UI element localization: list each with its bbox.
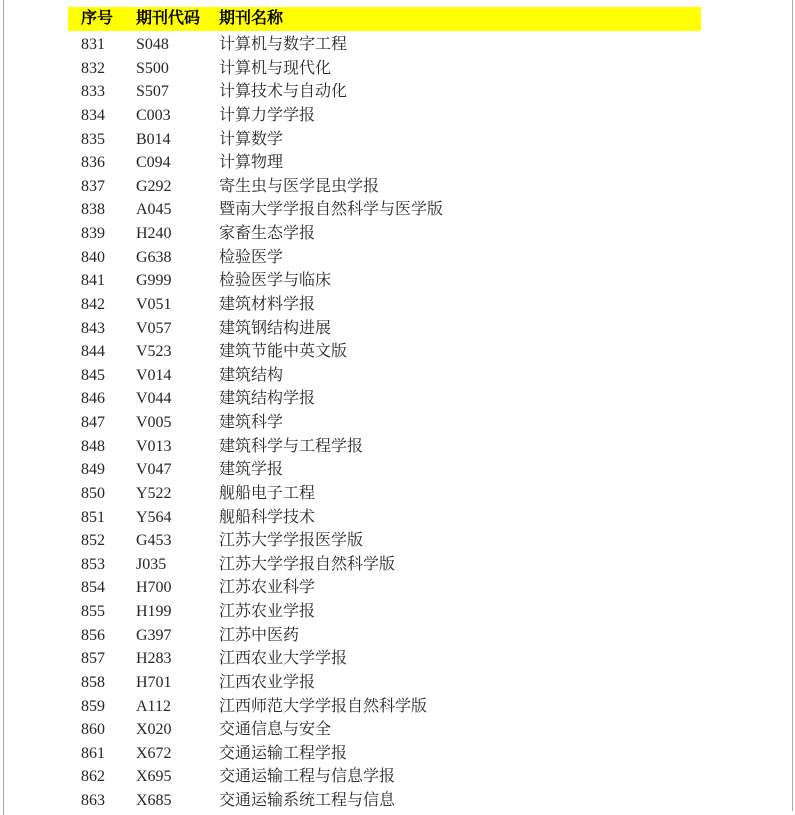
cell-journal-code: G638 <box>136 246 219 270</box>
cell-seq: 841 <box>68 269 136 293</box>
cell-seq: 839 <box>68 222 136 246</box>
cell-journal-code: H199 <box>136 600 219 624</box>
table-row: 832 S500 计算机与现代化 <box>68 57 701 81</box>
cell-journal-name: 交通信息与安全 <box>219 718 701 742</box>
cell-journal-code: A045 <box>136 198 219 222</box>
cell-journal-name: 江苏农业科学 <box>219 576 701 600</box>
cell-journal-name: 江苏农业学报 <box>219 600 701 624</box>
cell-journal-name: 建筑结构学报 <box>219 387 701 411</box>
journal-table: 序号 期刊代码 期刊名称 831 S048 计算机与数字工程 832 S500 … <box>68 7 701 813</box>
cell-journal-code: A112 <box>136 695 219 719</box>
cell-journal-name: 交通运输工程学报 <box>219 742 701 766</box>
cell-journal-code: Y564 <box>136 506 219 530</box>
table-row: 854 H700 江苏农业科学 <box>68 576 701 600</box>
cell-journal-name: 舰船电子工程 <box>219 482 701 506</box>
cell-journal-code: J035 <box>136 553 219 577</box>
cell-journal-code: C094 <box>136 151 219 175</box>
cell-journal-name: 交通运输工程与信息学报 <box>219 765 701 789</box>
table-row: 858 H701 江西农业学报 <box>68 671 701 695</box>
cell-journal-name: 计算机与数字工程 <box>219 33 701 57</box>
cell-seq: 857 <box>68 647 136 671</box>
table-row: 834 C003 计算力学学报 <box>68 104 701 128</box>
table-row: 839 H240 家畜生态学报 <box>68 222 701 246</box>
cell-journal-name: 江西师范大学学报自然科学版 <box>219 695 701 719</box>
cell-journal-name: 交通运输系统工程与信息 <box>219 789 701 813</box>
table-row: 844 V523 建筑节能中英文版 <box>68 340 701 364</box>
cell-journal-code: S048 <box>136 33 219 57</box>
cell-seq: 842 <box>68 293 136 317</box>
table-row: 847 V005 建筑科学 <box>68 411 701 435</box>
table-row: 846 V044 建筑结构学报 <box>68 387 701 411</box>
cell-journal-code: C003 <box>136 104 219 128</box>
cell-journal-code: Y522 <box>136 482 219 506</box>
cell-journal-code: G397 <box>136 624 219 648</box>
cell-seq: 843 <box>68 317 136 341</box>
cell-seq: 846 <box>68 387 136 411</box>
cell-seq: 850 <box>68 482 136 506</box>
cell-seq: 845 <box>68 364 136 388</box>
table-row: 838 A045 暨南大学学报自然科学与医学版 <box>68 198 701 222</box>
cell-journal-name: 检验医学与临床 <box>219 269 701 293</box>
header-cell-name: 期刊名称 <box>219 7 701 31</box>
cell-seq: 844 <box>68 340 136 364</box>
cell-journal-name: 江西农业学报 <box>219 671 701 695</box>
cell-journal-code: V005 <box>136 411 219 435</box>
cell-journal-name: 江苏大学学报自然科学版 <box>219 553 701 577</box>
cell-seq: 836 <box>68 151 136 175</box>
cell-journal-name: 家畜生态学报 <box>219 222 701 246</box>
page-right-edge-line <box>792 0 793 811</box>
cell-journal-name: 建筑节能中英文版 <box>219 340 701 364</box>
cell-seq: 832 <box>68 57 136 81</box>
cell-journal-name: 江西农业大学学报 <box>219 647 701 671</box>
cell-journal-code: X685 <box>136 789 219 813</box>
cell-journal-code: X672 <box>136 742 219 766</box>
table-row: 859 A112 江西师范大学学报自然科学版 <box>68 695 701 719</box>
table-row: 843 V057 建筑钢结构进展 <box>68 317 701 341</box>
cell-journal-code: H240 <box>136 222 219 246</box>
table-row: 837 G292 寄生虫与医学昆虫学报 <box>68 175 701 199</box>
cell-seq: 851 <box>68 506 136 530</box>
cell-journal-name: 暨南大学学报自然科学与医学版 <box>219 198 701 222</box>
cell-journal-name: 建筑学报 <box>219 458 701 482</box>
table-row: 860 X020 交通信息与安全 <box>68 718 701 742</box>
cell-journal-code: S507 <box>136 80 219 104</box>
cell-seq: 862 <box>68 765 136 789</box>
page-left-edge-line <box>3 0 4 815</box>
cell-seq: 838 <box>68 198 136 222</box>
table-row: 855 H199 江苏农业学报 <box>68 600 701 624</box>
cell-seq: 853 <box>68 553 136 577</box>
cell-journal-name: 计算物理 <box>219 151 701 175</box>
cell-seq: 835 <box>68 128 136 152</box>
cell-seq: 833 <box>68 80 136 104</box>
table-row: 841 G999 检验医学与临床 <box>68 269 701 293</box>
cell-seq: 840 <box>68 246 136 270</box>
table-row: 861 X672 交通运输工程学报 <box>68 742 701 766</box>
cell-journal-name: 江苏大学学报医学版 <box>219 529 701 553</box>
cell-journal-code: H701 <box>136 671 219 695</box>
table-row: 863 X685 交通运输系统工程与信息 <box>68 789 701 813</box>
cell-journal-code: V014 <box>136 364 219 388</box>
cell-journal-name: 检验医学 <box>219 246 701 270</box>
cell-journal-name: 建筑钢结构进展 <box>219 317 701 341</box>
header-cell-seq: 序号 <box>68 7 136 31</box>
table-row: 835 B014 计算数学 <box>68 128 701 152</box>
table-row: 856 G397 江苏中医药 <box>68 624 701 648</box>
cell-seq: 831 <box>68 33 136 57</box>
cell-journal-code: H283 <box>136 647 219 671</box>
cell-journal-name: 建筑结构 <box>219 364 701 388</box>
cell-journal-name: 建筑科学 <box>219 411 701 435</box>
cell-seq: 834 <box>68 104 136 128</box>
cell-seq: 859 <box>68 695 136 719</box>
cell-journal-name: 计算技术与自动化 <box>219 80 701 104</box>
cell-journal-code: X020 <box>136 718 219 742</box>
cell-seq: 849 <box>68 458 136 482</box>
cell-seq: 854 <box>68 576 136 600</box>
cell-journal-code: V523 <box>136 340 219 364</box>
cell-journal-code: G292 <box>136 175 219 199</box>
table-row: 852 G453 江苏大学学报医学版 <box>68 529 701 553</box>
table-row: 850 Y522 舰船电子工程 <box>68 482 701 506</box>
table-header-row: 序号 期刊代码 期刊名称 <box>68 7 701 31</box>
cell-journal-name: 计算力学学报 <box>219 104 701 128</box>
cell-journal-name: 江苏中医药 <box>219 624 701 648</box>
table-row: 845 V014 建筑结构 <box>68 364 701 388</box>
table-row: 840 G638 检验医学 <box>68 246 701 270</box>
cell-journal-code: V057 <box>136 317 219 341</box>
cell-journal-name: 计算机与现代化 <box>219 57 701 81</box>
table-row: 836 C094 计算物理 <box>68 151 701 175</box>
cell-seq: 861 <box>68 742 136 766</box>
cell-journal-code: H700 <box>136 576 219 600</box>
table-row: 862 X695 交通运输工程与信息学报 <box>68 765 701 789</box>
cell-seq: 863 <box>68 789 136 813</box>
cell-journal-name: 建筑材料学报 <box>219 293 701 317</box>
table-row: 849 V047 建筑学报 <box>68 458 701 482</box>
table-body: 831 S048 计算机与数字工程 832 S500 计算机与现代化 833 S… <box>68 31 701 813</box>
cell-journal-code: B014 <box>136 128 219 152</box>
cell-journal-code: G999 <box>136 269 219 293</box>
cell-journal-name: 寄生虫与医学昆虫学报 <box>219 175 701 199</box>
cell-journal-code: V047 <box>136 458 219 482</box>
cell-journal-code: V051 <box>136 293 219 317</box>
cell-journal-code: G453 <box>136 529 219 553</box>
cell-seq: 860 <box>68 718 136 742</box>
cell-journal-code: V044 <box>136 387 219 411</box>
cell-seq: 858 <box>68 671 136 695</box>
table-row: 842 V051 建筑材料学报 <box>68 293 701 317</box>
cell-seq: 852 <box>68 529 136 553</box>
cell-journal-code: S500 <box>136 57 219 81</box>
table-row: 833 S507 计算技术与自动化 <box>68 80 701 104</box>
cell-seq: 848 <box>68 435 136 459</box>
cell-journal-name: 建筑科学与工程学报 <box>219 435 701 459</box>
cell-journal-code: V013 <box>136 435 219 459</box>
table-row: 831 S048 计算机与数字工程 <box>68 33 701 57</box>
header-cell-code: 期刊代码 <box>136 7 219 31</box>
table-row: 848 V013 建筑科学与工程学报 <box>68 435 701 459</box>
cell-seq: 847 <box>68 411 136 435</box>
table-row: 853 J035 江苏大学学报自然科学版 <box>68 553 701 577</box>
cell-seq: 855 <box>68 600 136 624</box>
cell-seq: 856 <box>68 624 136 648</box>
table-row: 851 Y564 舰船科学技术 <box>68 506 701 530</box>
cell-journal-name: 舰船科学技术 <box>219 506 701 530</box>
cell-journal-name: 计算数学 <box>219 128 701 152</box>
cell-journal-code: X695 <box>136 765 219 789</box>
table-row: 857 H283 江西农业大学学报 <box>68 647 701 671</box>
cell-seq: 837 <box>68 175 136 199</box>
